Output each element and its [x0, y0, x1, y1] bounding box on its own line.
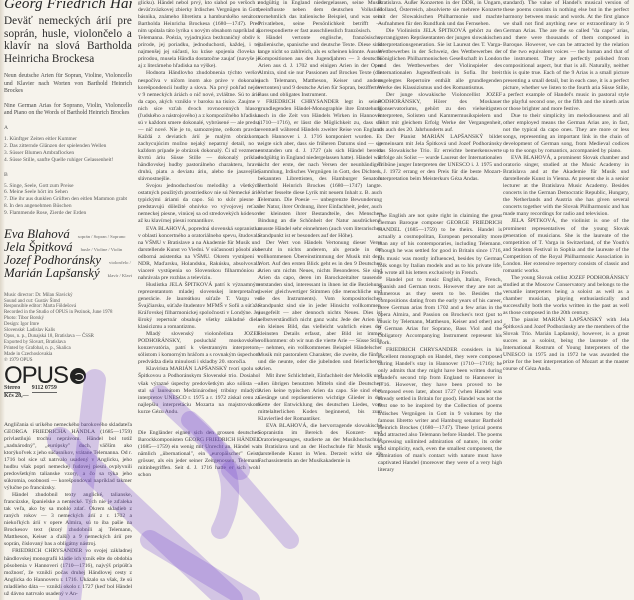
column-4: Bratislava. Außer Konzerten in der DDR, …	[378, 0, 502, 600]
production-credits: Music director: Dr. Milan Slavický Sound…	[4, 293, 132, 364]
paragraph: Mit ihrer Schlichtheit, Einfachheit der …	[258, 373, 382, 422]
paragraph: Die Engländer eignen sich den grossen de…	[138, 430, 260, 479]
paragraph: Handel put to music English, Italian, Fr…	[378, 277, 502, 347]
opus-swirl-icon	[70, 368, 86, 384]
column-2: glicku). Händel nebol prvý, kto siahol p…	[138, 0, 260, 600]
side-a-tracklist: 1. Künftger Zeiten eitler Kummer 2. Das …	[4, 136, 132, 163]
paragraph: endgültig in England niedergelassen, sei…	[258, 0, 382, 35]
opus-logo: OPUS	[4, 368, 132, 384]
paragraph: Der Pianist MARIÁN LAPŠANSKÝ bildet geme…	[378, 134, 502, 183]
paragraph: Due to their simplicity im melodiousness…	[503, 113, 629, 155]
album-title-german: Neun deutsche Arien für Sopran, Violine,…	[4, 73, 132, 95]
track-item: 8. In den angenehmen Büschen	[4, 203, 132, 210]
performer-name: Eva Blahová	[4, 231, 70, 238]
side-b-tracklist: 5. Singe, Seele, Gott zum Preise 6. Mein…	[4, 183, 132, 217]
composer-name: Georg Friedrich Händel	[4, 0, 132, 12]
paragraph: Händel vertonte englische, französische,…	[258, 35, 382, 98]
paragraph: The English are not quite right in claim…	[378, 213, 502, 276]
track-item: 4. Süsse Stille, sanfte Quelle ruhiger G…	[4, 157, 132, 164]
album-title-english: Nine German Arias for Soprano, Violin, V…	[4, 103, 132, 117]
track-item: 7. Die ihr aus dunklen Grüften den eitle…	[4, 196, 132, 203]
paragraph: Hodnota Händlovho zhudobnenia týchto ver…	[138, 70, 260, 183]
price: Kčs 28,—	[4, 393, 132, 400]
track-item: 5. Singe, Seele, Gott zum Preise	[4, 183, 132, 190]
performers-list: Eva Blahová soprán / Sopran / Soprano Je…	[4, 231, 132, 283]
label-logo-text: OPUS	[4, 372, 68, 379]
paragraph: EVA BLAHOVÁ, die hervorragende slowakisc…	[258, 423, 382, 465]
performer-instrument: klavír / Klavier / Piano	[108, 272, 132, 279]
paragraph: glicku). Händel nebol prvý, kto siahol p…	[138, 0, 260, 70]
paragraph: Klavirista MARIÁN LAPŠANSKÝ tvorí spolu …	[138, 366, 260, 415]
language-separator	[138, 416, 260, 430]
paragraph: standard). The value of Handel's musical…	[503, 0, 629, 113]
paragraph: Mladý slovenský violončelista JOZEF PODH…	[138, 331, 260, 366]
paragraph: EVA BLAHOVÁ, a prominent Slovak chamber …	[503, 155, 629, 218]
catalog-line: Stereo 9112 0759	[4, 385, 132, 393]
album-title-slovak: Deväť nemeckých árií pre soprán, husle, …	[4, 15, 132, 65]
record-sleeve-back: Georg Friedrich Händel Deväť nemeckých á…	[0, 0, 634, 600]
performer-name: Jozef Podhoránsky	[4, 257, 101, 264]
paragraph: Der Wert von Händels Vertonung dieser Ve…	[258, 240, 382, 374]
catalog-number: 9112 0759	[32, 385, 57, 393]
column-3: endgültig in England niedergelassen, sei…	[258, 0, 382, 600]
performer-name: Marián Lapšanský	[4, 270, 100, 277]
paragraph: JELA ŠPITKOVÁ, the violinist is one of t…	[503, 218, 629, 274]
side-a-label: A	[4, 125, 132, 132]
track-item: 9. Flammende Rose, Zierde der Erden	[4, 210, 132, 217]
performer-instrument: husle / Violine / Violin	[81, 246, 123, 253]
paragraph: FRIEDRICH CHRYSANDER considers in his ex…	[378, 347, 502, 474]
notes-slovak-start: Angličania si urikého nemeckého barokové…	[4, 422, 132, 598]
paragraph: EVA BLAHOVÁ, popredná slovenská sopranis…	[138, 226, 260, 282]
paragraph: Svojou jednoduchosťou melodiky a všetkýc…	[138, 183, 260, 225]
paragraph: Bratislava. Außer Konzerten in der DDR, …	[378, 0, 502, 28]
paragraph: FRIEDRICH CHRYSANDER legt in seiner grun…	[258, 99, 382, 240]
performer-row: Marián Lapšanský klavír / Klavier / Pian…	[4, 270, 132, 283]
paragraph: Die Violinistin JELA ŠPITKOVÁ gehört zu …	[378, 28, 502, 91]
stereo-label: Stereo	[4, 385, 20, 393]
paragraph: Angličania si urikého nemeckého barokové…	[4, 422, 132, 492]
language-separator	[378, 183, 502, 213]
paragraph: Händel zhudobnil texty anglické, talians…	[4, 492, 132, 548]
track-item: 1. Künftger Zeiten eitler Kummer	[4, 136, 132, 143]
column-5: standard). The value of Handel's musical…	[503, 0, 629, 600]
side-b-label: B	[4, 172, 132, 179]
paragraph: The young Slovak cellist JOZEF PODHORÁNS…	[503, 275, 629, 317]
performer-name: Jela Špitková	[4, 244, 73, 251]
paragraph: FRIEDRICH CHRYSANDER vo svojej základnej…	[4, 548, 132, 597]
track-item: 2. Das zitternde Glänzen der spielenden …	[4, 143, 132, 150]
column-1: Georg Friedrich Händel Deväť nemeckých á…	[4, 0, 132, 600]
paragraph: Der junge slowakische Violoncellist JOZE…	[378, 92, 502, 134]
paragraph: The pianist MARIÁN LAPŠANSKÝ with Jela Š…	[503, 317, 629, 373]
paragraph: Huslistka JELA ŠPITKOVÁ patrí k významný…	[138, 282, 260, 331]
performer-instrument: violončelo / Violoncello	[109, 259, 132, 266]
track-item: 3. Süsser Blumen Ambraflocken	[4, 150, 132, 157]
performer-instrument: soprán / Sopran / Soprano	[78, 233, 126, 240]
